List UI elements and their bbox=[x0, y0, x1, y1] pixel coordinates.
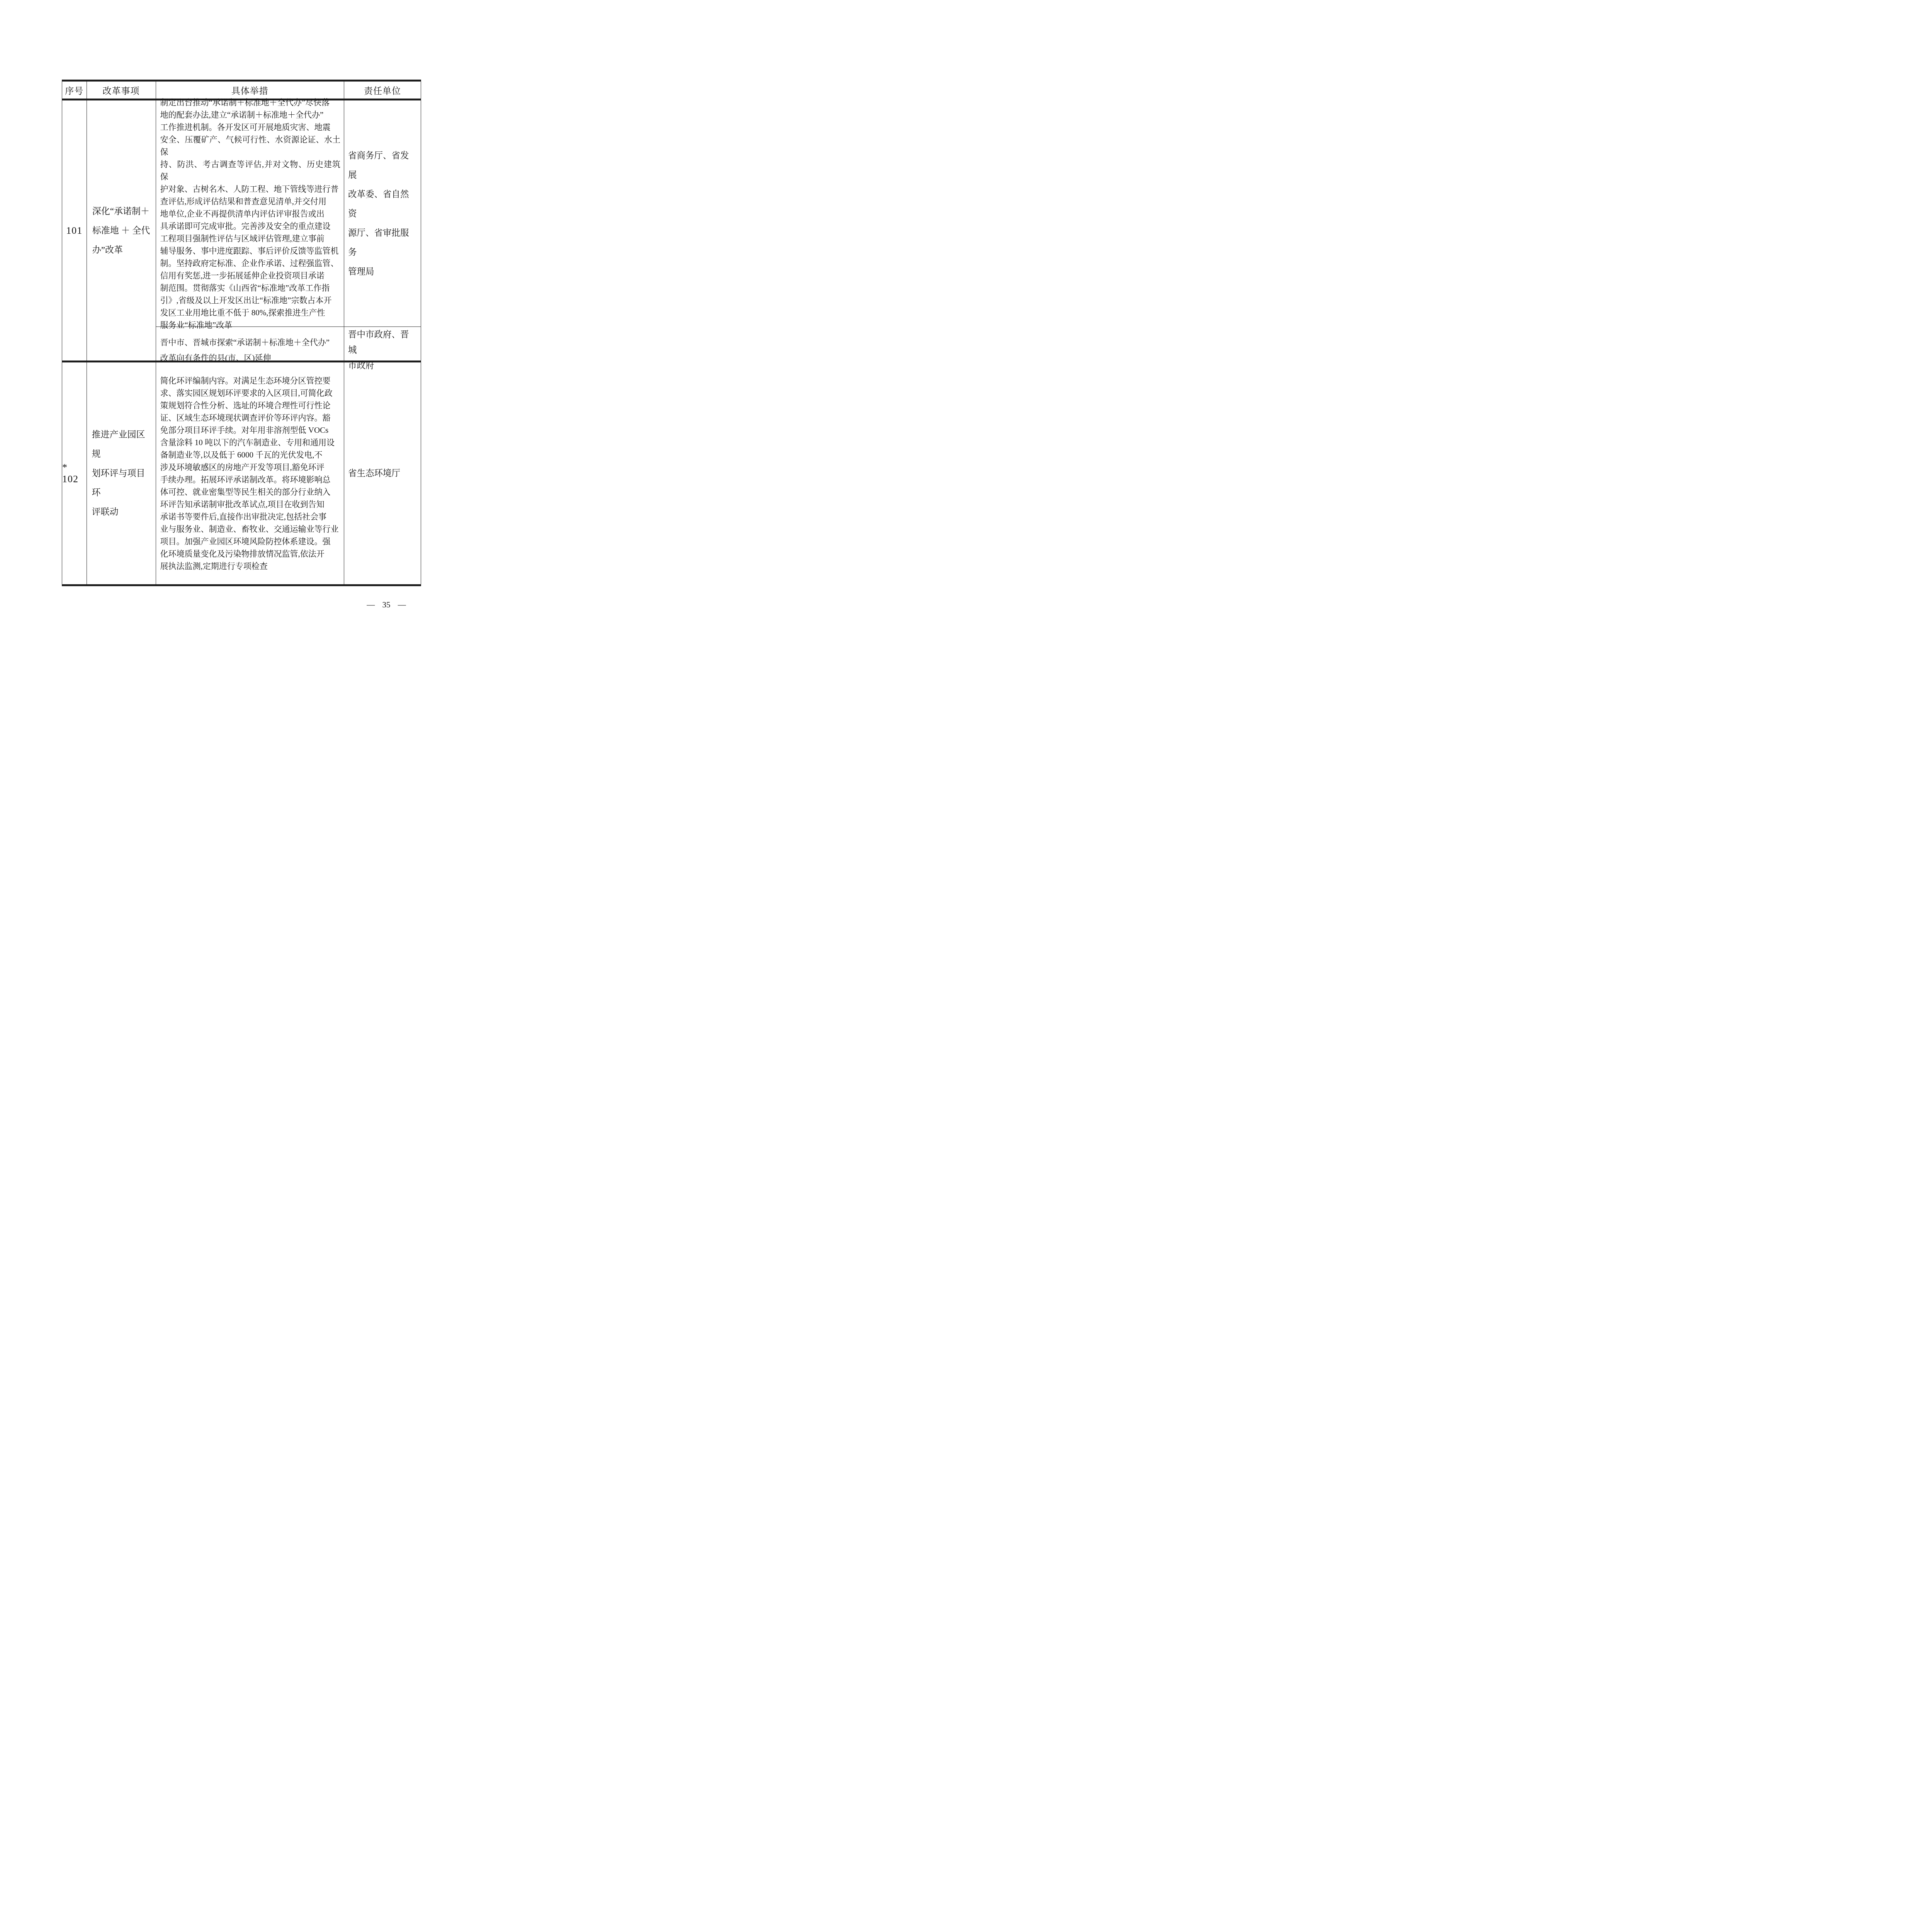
row-102-units-cell: 省生态环境厅 bbox=[344, 362, 421, 584]
row-101a-units-text: 省商务厅、省发展 改革委、省自然资 源厅、省审批服务 管理局 bbox=[344, 146, 421, 281]
row-102-units-text: 省生态环境厅 bbox=[344, 464, 404, 483]
row-101-subrow-1: 制定出台推动“承诺制＋标准地＋全代办”尽快落 地的配套办法,建立“承诺制＋标准地… bbox=[156, 100, 421, 327]
row-102-reform-item-text: 推进产业园区规 划环评与项目环 评联动 bbox=[87, 425, 156, 522]
row-101-reform-item-text: 深化“承诺制＋ 标准地 ＋ 全代 办”改革 bbox=[87, 202, 155, 260]
row-101-reform-item: 深化“承诺制＋ 标准地 ＋ 全代 办”改革 bbox=[87, 100, 156, 361]
row-101a-units-cell: 省商务厅、省发展 改革委、省自然资 源厅、省审批服务 管理局 bbox=[344, 100, 421, 327]
reform-measures-table: 序号 改革事项 具体举措 责任单位 101 深化“承诺制＋ 标准地 ＋ 全代 办… bbox=[62, 80, 421, 586]
header-reform-item: 改革事项 bbox=[87, 82, 156, 99]
page-number: — 35 — bbox=[367, 600, 406, 610]
row-102-reform-item: 推进产业园区规 划环评与项目环 评联动 bbox=[87, 362, 156, 584]
header-seq-number: 序号 bbox=[62, 82, 87, 99]
row-101b-measures-text: 晋中市、晋城市探索“承诺制＋标准地＋全代办” 改革向有条件的县(市、区)延伸 bbox=[156, 335, 333, 366]
row-101a-measures-cell: 制定出台推动“承诺制＋标准地＋全代办”尽快落 地的配套办法,建立“承诺制＋标准地… bbox=[156, 100, 345, 327]
row-102-seq-number: * 102 bbox=[62, 362, 87, 584]
row-102-measures-cell: 简化环评编制内容。对满足生态环境分区管控要 求、落实园区规划环评要求的入区项目,… bbox=[156, 362, 345, 584]
row-101-seq-number: 101 bbox=[62, 100, 87, 361]
row-101a-measures-text: 制定出台推动“承诺制＋标准地＋全代办”尽快落 地的配套办法,建立“承诺制＋标准地… bbox=[156, 96, 344, 331]
table-row-101: 101 深化“承诺制＋ 标准地 ＋ 全代 办”改革 制定出台推动“承诺制＋标准地… bbox=[62, 100, 421, 362]
table-row-102: * 102 推进产业园区规 划环评与项目环 评联动 简化环评编制内容。对满足生态… bbox=[62, 362, 421, 584]
header-responsible-unit: 责任单位 bbox=[344, 82, 421, 99]
row-102-measures-text: 简化环评编制内容。对满足生态环境分区管控要 求、落实园区规划环评要求的入区项目,… bbox=[156, 374, 342, 572]
row-101-subtable: 制定出台推动“承诺制＋标准地＋全代办”尽快落 地的配套办法,建立“承诺制＋标准地… bbox=[156, 100, 421, 361]
